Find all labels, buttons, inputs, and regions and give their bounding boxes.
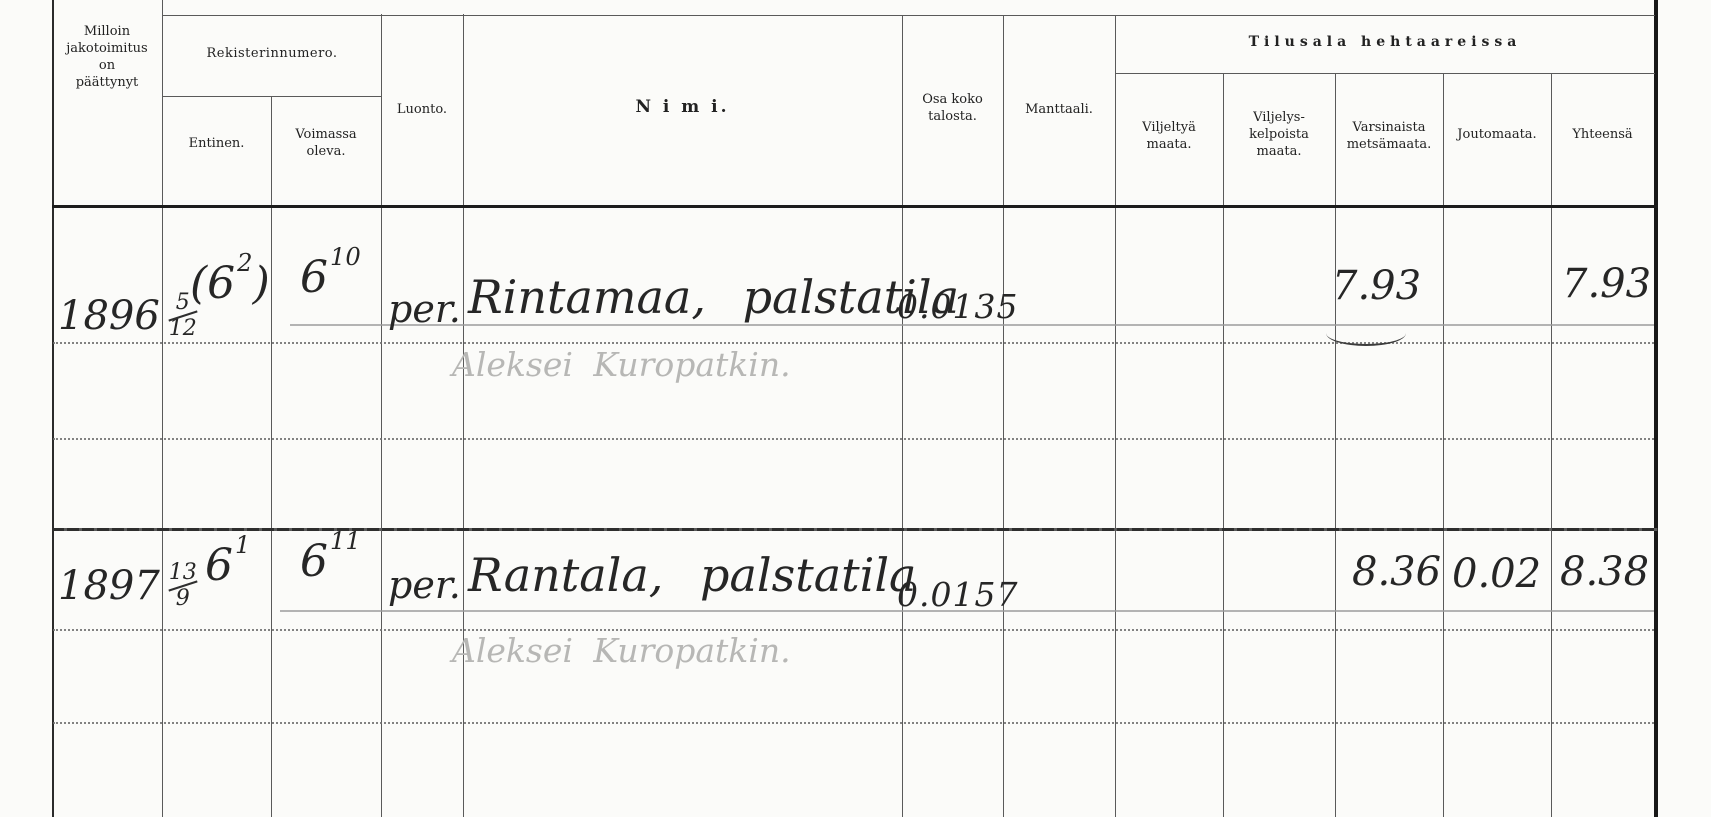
header-viljeltya-maata: Viljeltyä maata. <box>1115 120 1223 154</box>
header-rekisterinnumero: Rekisterinnumero. <box>162 46 382 63</box>
header-nimi: N i m i. <box>463 96 902 118</box>
row-1-register-current: 610 <box>300 256 361 300</box>
row-1-completion-date: 1896512 <box>58 296 198 360</box>
row-2-luonto: per. <box>388 566 461 604</box>
grid-line-vertical <box>52 0 54 817</box>
row-1-owner-pencil-note: Aleksei Kuropatkin. <box>452 348 791 381</box>
row-1-luonto: per. <box>388 290 461 328</box>
grid-line-horizontal <box>162 15 1655 16</box>
row-2-register-old: 61 <box>205 544 250 588</box>
row-1-date-year: 1896 <box>58 293 160 339</box>
header-viljelyskelpoista-maata: Viljelys- kelpoista maata. <box>1223 110 1335 161</box>
dotted-guide-line <box>53 438 1654 440</box>
row-2-completion-date: 1897139 <box>58 566 198 630</box>
grid-line-vertical <box>1551 73 1552 817</box>
ledger-page: Milloin jakotoimitus on päättynyt Rekist… <box>0 0 1711 817</box>
header-tilusala-hehtaareissa: Tilusala hehtaareissa <box>1115 33 1655 51</box>
header-bottom-rule <box>52 205 1658 208</box>
grid-line-vertical <box>162 0 163 817</box>
header-varsinaista-metsamaata: Varsinaista metsämaata. <box>1335 120 1443 154</box>
dotted-guide-line <box>53 722 1654 724</box>
grid-line-horizontal <box>162 96 382 97</box>
dotted-guide-line <box>53 629 1654 631</box>
row-2-date-fraction: 139 <box>168 562 198 610</box>
row-1-register-old: (62) <box>190 262 270 306</box>
header-milloin-jakotoimitus: Milloin jakotoimitus on päättynyt <box>52 24 162 92</box>
row-2-register-current: 611 <box>300 540 361 584</box>
grid-line-vertical <box>902 15 903 817</box>
row-2-owner-pencil-note: Aleksei Kuropatkin. <box>452 634 791 667</box>
row-2-date-year: 1897 <box>58 563 160 609</box>
header-luonto: Luonto. <box>381 102 463 119</box>
dotted-guide-line <box>53 342 1654 344</box>
header-joutomaata: Joutomaata. <box>1443 127 1551 144</box>
grid-line-vertical <box>1003 15 1004 817</box>
grid-line-horizontal <box>1115 73 1655 74</box>
grid-line-vertical <box>463 14 464 817</box>
row-2-total-area: 8.38 <box>1560 552 1649 592</box>
row-separator-rule <box>52 528 1658 531</box>
header-manttaali: Manttaali. <box>1003 102 1115 119</box>
grid-line-vertical <box>1223 73 1224 817</box>
grid-line-vertical <box>1443 73 1444 817</box>
row-1-total-area: 7.93 <box>1562 264 1651 304</box>
row-2-share-of-estate: 0.0157 <box>897 578 1018 611</box>
header-entinen: Entinen. <box>162 136 271 153</box>
row-2-name: Rantala, palstatila <box>468 552 916 598</box>
header-osa-koko-talosta: Osa koko talosta. <box>902 92 1003 126</box>
grid-line-vertical <box>1335 73 1336 817</box>
row-1-forest-area: 7.93 <box>1332 266 1421 306</box>
grid-line-vertical <box>1654 0 1658 817</box>
grid-line-vertical <box>381 14 382 817</box>
row-1-share-of-estate: 0.0135 <box>897 290 1018 323</box>
row-2-wasteland-area: 0.02 <box>1452 554 1541 594</box>
row-1-name: Rintamaa, palstatila <box>468 274 959 320</box>
header-yhteensa: Yhteensä <box>1551 127 1654 144</box>
header-voimassa-oleva: Voimassa oleva. <box>271 127 381 161</box>
row-2-forest-area: 8.36 <box>1352 552 1441 592</box>
